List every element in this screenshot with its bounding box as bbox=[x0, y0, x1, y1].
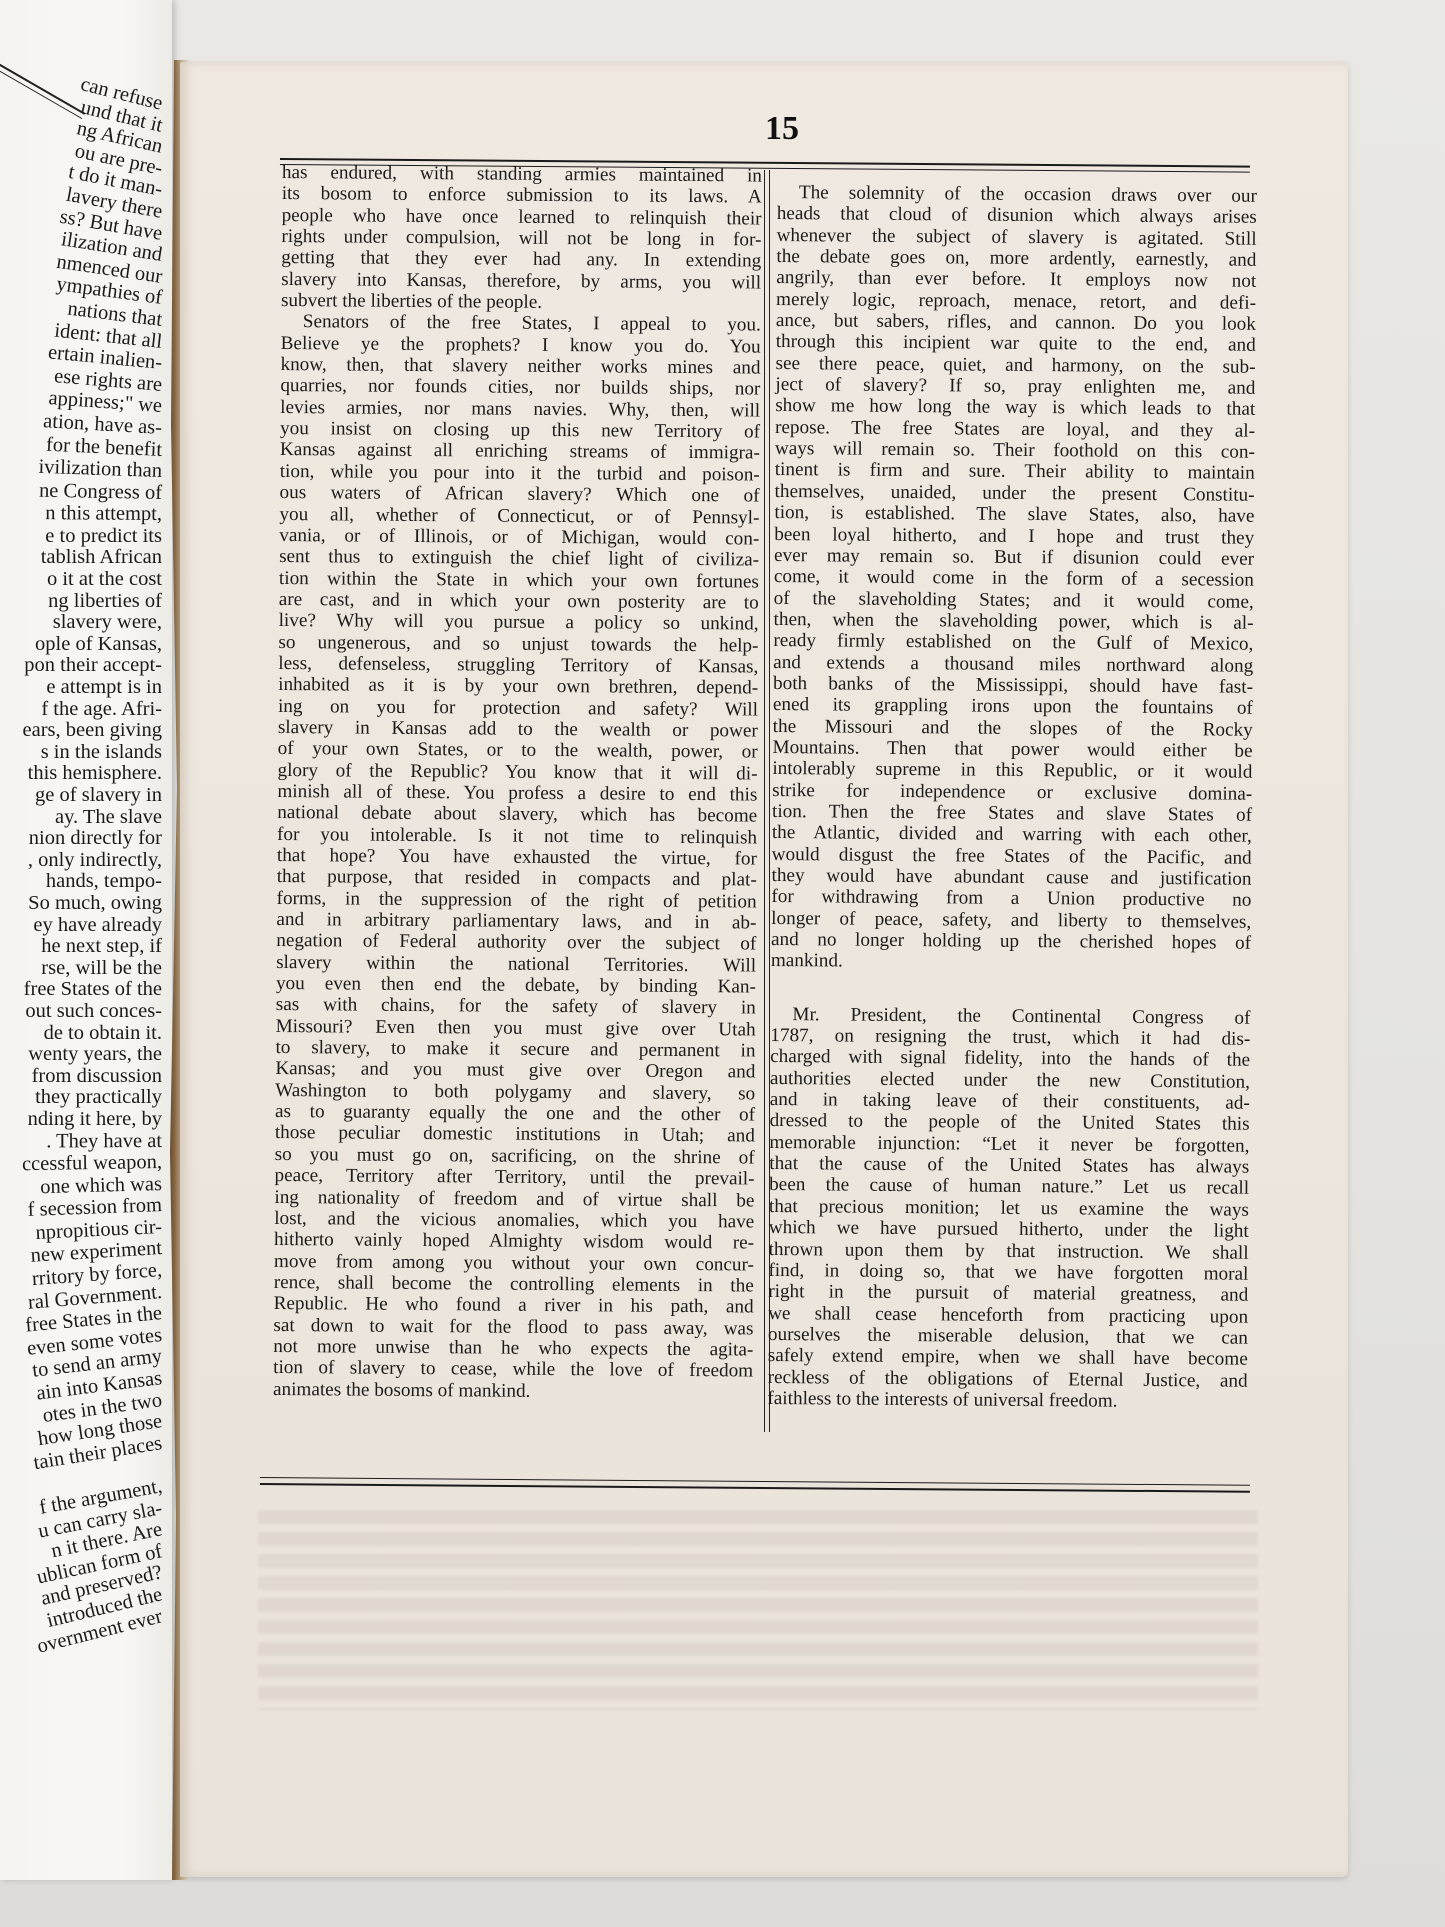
left-facing-page: can refuseund that itng Africanou are pr… bbox=[0, 0, 172, 1880]
text-line: of your own States, or to the wealth, po… bbox=[278, 738, 758, 763]
text-line: hitherto vainly hoped Almighty wisdom wo… bbox=[274, 1229, 754, 1254]
fragment-line: So much, owing bbox=[0, 893, 162, 915]
text-line: sent thus to extinguish the chief light … bbox=[279, 546, 759, 571]
fragment-line: free States of the bbox=[0, 979, 162, 1001]
fragment-line: ng liberties of bbox=[0, 591, 162, 613]
text-line: getting that they ever had any. In exten… bbox=[281, 247, 761, 272]
text-line: animates the bosoms of mankind. bbox=[273, 1379, 753, 1404]
fragment-line: e attempt is in bbox=[0, 677, 162, 699]
text-line: and no longer holding up the cherished h… bbox=[771, 929, 1251, 954]
text-line: faithless to the interests of universal … bbox=[767, 1388, 1247, 1413]
fragment-line: ivilization than bbox=[0, 455, 162, 482]
fragment-line: slavery were, bbox=[0, 612, 162, 634]
text-line: Republic. He who found a river in his pa… bbox=[274, 1293, 754, 1318]
fragment-line: he next step, if bbox=[0, 936, 162, 958]
text-line: inhabited as it is by your own brethren,… bbox=[278, 674, 758, 699]
fragment-line: out such conces- bbox=[0, 1001, 162, 1023]
fragment-line: de to obtain it. bbox=[0, 1023, 162, 1045]
fragment-line: pon their accept- bbox=[0, 655, 162, 677]
text-line: which we have pursued hitherto, under th… bbox=[769, 1217, 1249, 1242]
fragment-line: , only indirectly, bbox=[0, 850, 162, 872]
text-line: peace, Territory after Territory, until … bbox=[274, 1165, 754, 1190]
text-line: tion, is established. The slave States, … bbox=[774, 502, 1254, 527]
text-line: right in the pursuit of material greatne… bbox=[768, 1281, 1248, 1306]
paragraph-gap bbox=[771, 972, 1251, 1008]
text-line: national debate about slavery, which has… bbox=[277, 802, 757, 827]
fragment-line: wenty years, the bbox=[0, 1044, 162, 1066]
text-line: negation of Federal authority over the s… bbox=[276, 930, 756, 955]
text-line: that purpose, that resided in compacts a… bbox=[277, 866, 757, 891]
fragment-line: . They have at bbox=[0, 1131, 162, 1153]
fragment-line: o it at the cost bbox=[0, 569, 162, 591]
text-column-left: has endured, with standing armies mainta… bbox=[273, 162, 762, 1403]
fragment-line: ge of slavery in bbox=[0, 785, 162, 807]
text-line: ous waters of African slavery? Which one… bbox=[279, 482, 759, 507]
fragment-line: rse, will be the bbox=[0, 958, 162, 980]
text-line: live? Why will you pursue a policy so un… bbox=[279, 610, 759, 635]
fragment-line: s in the islands bbox=[0, 742, 162, 764]
page-number: 15 bbox=[752, 110, 812, 148]
left-page-text-fragment: can refuseund that itng Africanou are pr… bbox=[0, 94, 162, 1627]
show-through-text-bleed bbox=[258, 1510, 1258, 1710]
text-column-right: The solemnity of the occasion draws over… bbox=[767, 182, 1257, 1413]
fragment-line: f the age. Afri- bbox=[0, 699, 162, 721]
fragment-line: hands, tempo- bbox=[0, 871, 162, 893]
fragment-line: from discussion bbox=[0, 1066, 162, 1088]
fragment-line: ey have already bbox=[0, 915, 162, 937]
text-line: tion of slavery to cease, while the love… bbox=[273, 1357, 753, 1382]
fragment-line: tablish African bbox=[0, 547, 162, 569]
fragment-line: ay. The slave bbox=[0, 807, 162, 829]
fragment-line: nion directly for bbox=[0, 828, 162, 850]
fragment-line: this hemisphere. bbox=[0, 763, 162, 785]
fragment-line: e to predict its bbox=[0, 526, 162, 548]
text-line: its bosom to enforce submission to its l… bbox=[282, 183, 762, 208]
fragment-line: ne Congress of bbox=[0, 479, 162, 504]
fragment-line: n this attempt, bbox=[0, 503, 162, 526]
fragment-line: nding it here, by bbox=[0, 1109, 162, 1131]
text-line: come, it would come in the form of a sec… bbox=[774, 566, 1254, 591]
fragment-line: ears, been giving bbox=[0, 720, 162, 742]
fragment-line: they practically bbox=[0, 1087, 162, 1109]
fragment-line: ople of Kansas, bbox=[0, 634, 162, 656]
